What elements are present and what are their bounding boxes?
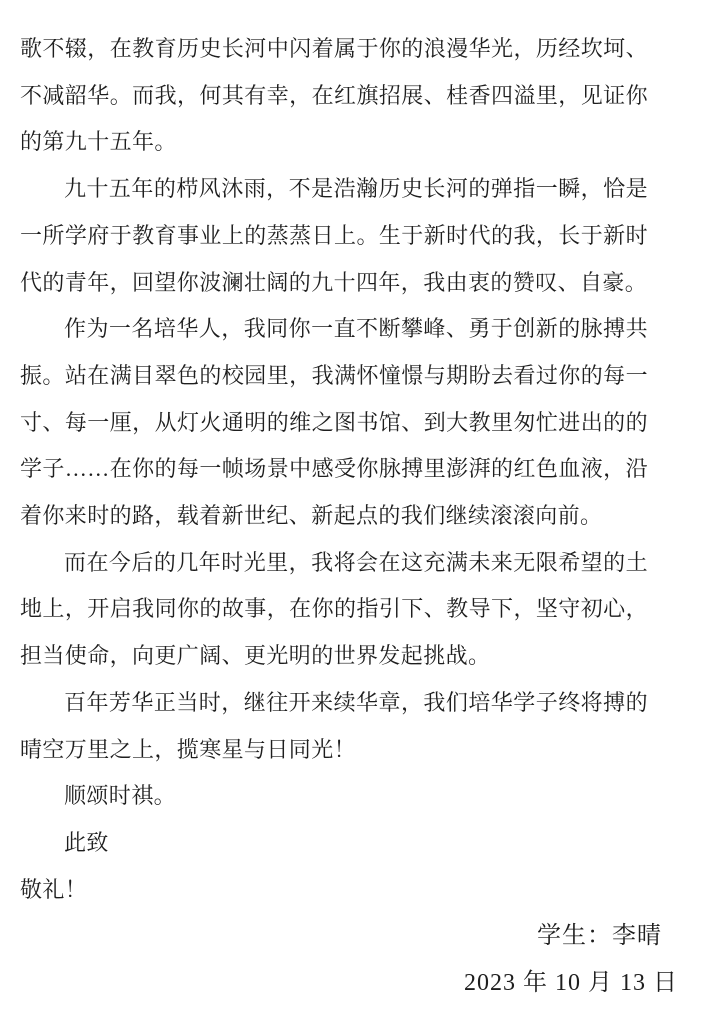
letter-signature-name: 学生：李晴: [20, 913, 662, 960]
letter-page: 歌不辍，在教育历史长河中闪着属于你的浪漫华光，历经坎坷、不减韶华。而我，何其有幸…: [0, 0, 705, 1014]
letter-well-wish: 顺颂时祺。: [20, 773, 648, 820]
letter-salutation: 敬礼！: [20, 867, 648, 914]
letter-paragraph-1: 歌不辍，在教育历史长河中闪着属于你的浪漫华光，历经坎坷、不减韶华。而我，何其有幸…: [20, 26, 648, 166]
letter-paragraph-5: 百年芳华正当时，继往开来续华章，我们培华学子终将搏的晴空万里之上，揽寒星与日同光…: [20, 680, 648, 773]
letter-signature-date: 2023 年 10 月 13 日: [20, 960, 678, 1007]
letter-salutation-lead: 此致: [20, 820, 648, 867]
letter-paragraph-2: 九十五年的栉风沐雨，不是浩瀚历史长河的弹指一瞬，恰是一所学府于教育事业上的蒸蒸日…: [20, 166, 648, 306]
letter-paragraph-4: 而在今后的几年时光里，我将会在这充满未来无限希望的土地上，开启我同你的故事，在你…: [20, 540, 648, 680]
letter-paragraph-3: 作为一名培华人，我同你一直不断攀峰、勇于创新的脉搏共振。站在满目翠色的校园里，我…: [20, 306, 648, 540]
